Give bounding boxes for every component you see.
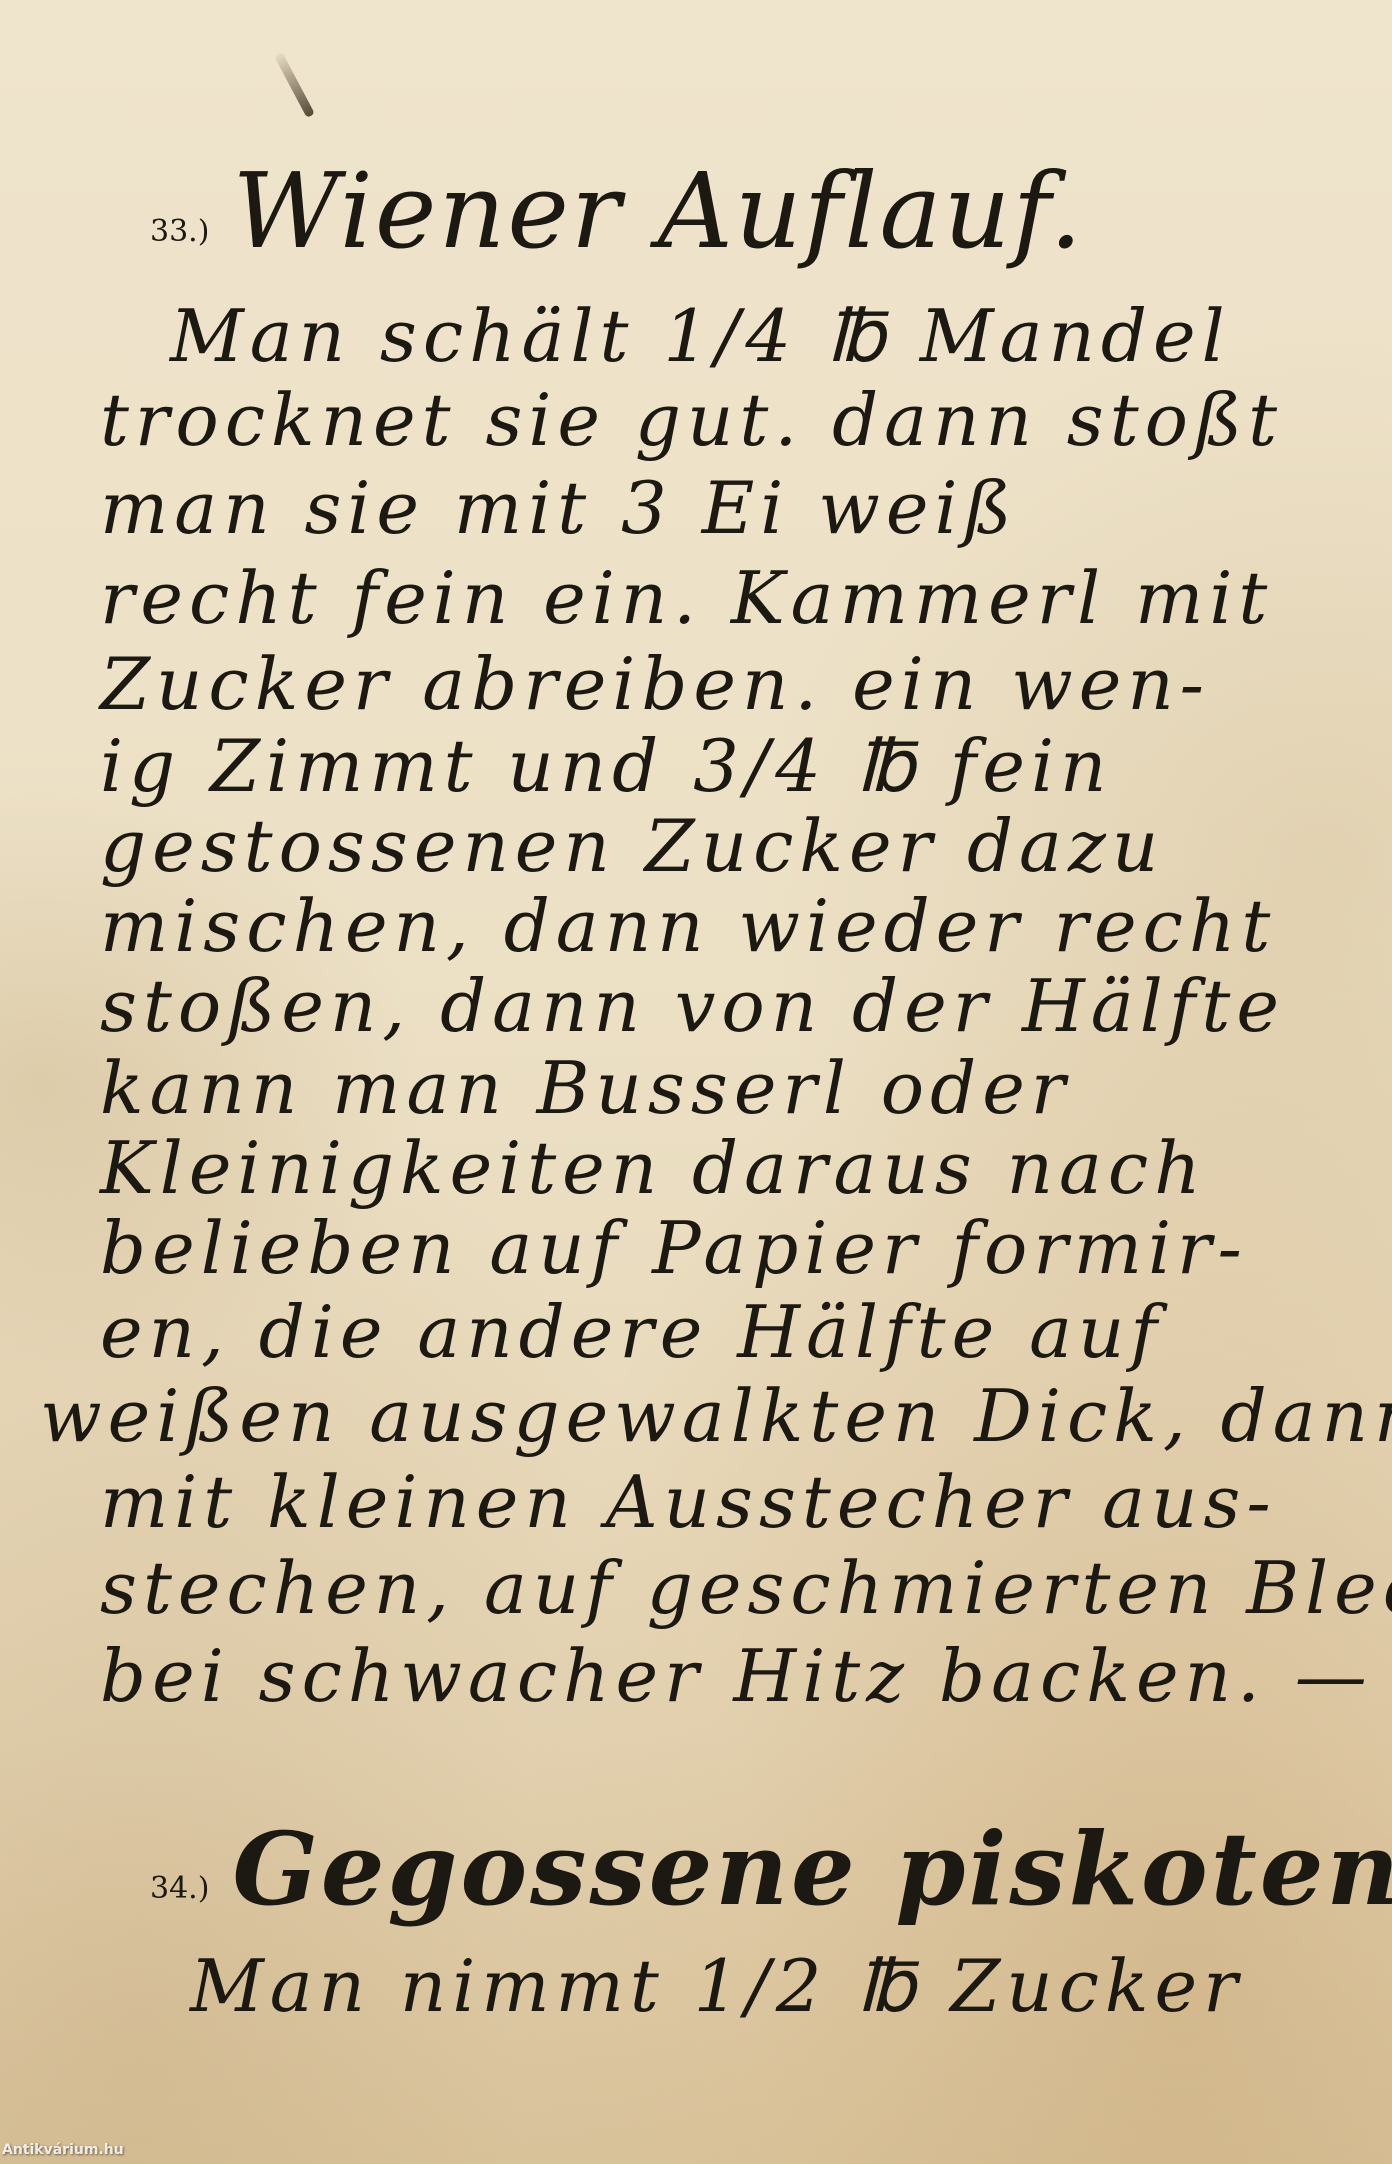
recipe-number: 34.) [150, 1871, 209, 1906]
recipe-line: man sie mit 3 Ei weiß [100, 472, 1018, 544]
ink-blot [274, 52, 315, 118]
recipe-line: stechen, auf geschmierten Blech [100, 1552, 1392, 1624]
watermark: Antikvárium.hu [2, 2142, 124, 2158]
recipe-line: weißen ausgewalkten Dick, dann [40, 1380, 1392, 1452]
recipe-line: kann man Busserl oder [100, 1052, 1071, 1124]
recipe-title: Wiener Auflauf. [233, 150, 1085, 272]
recipe-line: trocknet sie gut. dann stoßt [100, 384, 1283, 456]
recipe-title: Gegossene piskoten. [233, 1810, 1392, 1928]
recipe-line: Zucker abreiben. ein wen- [100, 648, 1210, 720]
recipe-line: gestossenen Zucker dazu [100, 810, 1164, 882]
recipe-line: mischen, dann wieder recht [100, 890, 1276, 962]
recipe-line: belieben auf Papier formir- [100, 1212, 1248, 1284]
recipe-line: Man schält 1/4 ℔ Mandel [170, 300, 1231, 372]
manuscript-page: 33.) Wiener Auflauf. Man schält 1/4 ℔ Ma… [0, 0, 1392, 2164]
recipe-line: mit kleinen Ausstecher aus- [100, 1466, 1277, 1538]
recipe-line: Man nimmt 1/2 ℔ Zucker [190, 1950, 1244, 2022]
recipe-line: en, die andere Hälfte auf [100, 1296, 1163, 1368]
recipe-line: bei schwacher Hitz backen. — [100, 1640, 1373, 1712]
recipe-line: Kleinigkeiten daraus nach [100, 1132, 1207, 1204]
recipe-heading-34: 34.) Gegossene piskoten. [150, 1810, 1392, 1928]
recipe-heading-33: 33.) Wiener Auflauf. [150, 150, 1084, 272]
recipe-number: 33.) [150, 214, 209, 249]
recipe-line: recht fein ein. Kammerl mit [100, 562, 1273, 634]
recipe-line: ig Zimmt und 3/4 ℔ fein [100, 730, 1112, 802]
recipe-line: stoßen, dann von der Hälfte [100, 970, 1285, 1042]
